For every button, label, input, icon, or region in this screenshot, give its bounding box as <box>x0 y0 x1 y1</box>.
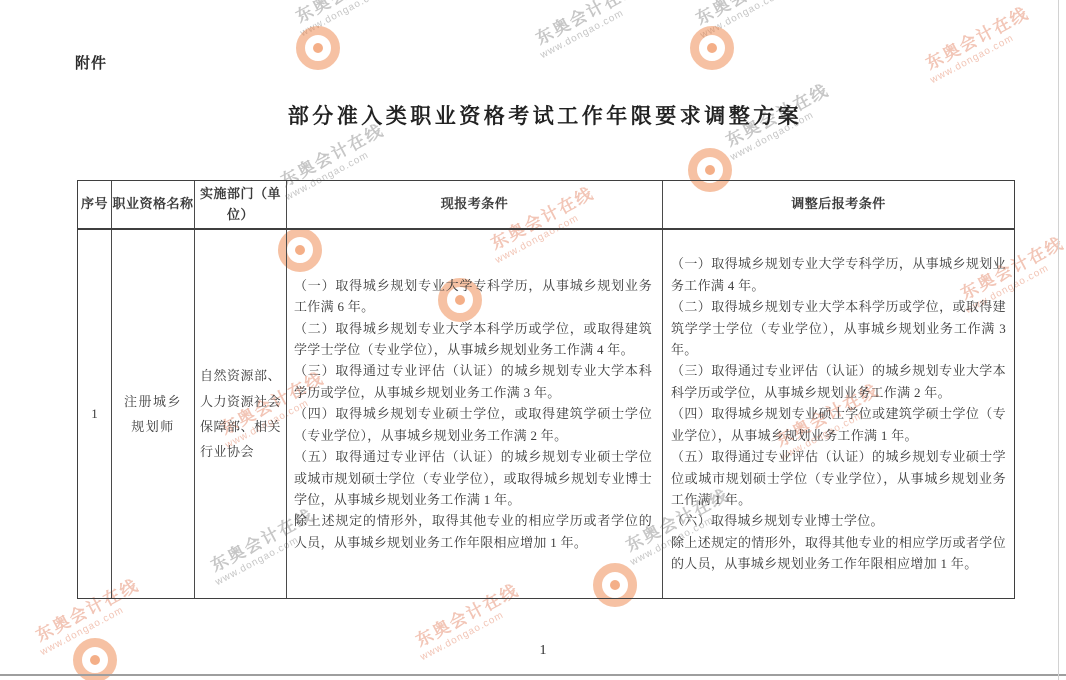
page-right-edge <box>1058 0 1059 680</box>
requirements-table: 序号 职业资格名称 实施部门（单位） 现报考条件 调整后报考条件 1 注册城乡规… <box>77 180 1015 599</box>
condition-item: （二）取得城乡规划专业大学本科学历或学位，或取得建筑学学士学位（专业学位），从事… <box>294 318 652 361</box>
cell-current-conditions: （一）取得城乡规划专业大学专科学历，从事城乡规划业务工作满 6 年。 （二）取得… <box>287 230 663 598</box>
condition-item: 除上述规定的情形外，取得其他专业的相应学历或者学位的人员，从事城乡规划业务工作年… <box>671 532 1006 575</box>
condition-item: （二）取得城乡规划专业大学本科学历或学位，或取得建筑学学士学位（专业学位），从事… <box>671 296 1006 360</box>
condition-item: （一）取得城乡规划专业大学专科学历，从事城乡规划业务工作满 4 年。 <box>671 253 1006 296</box>
condition-item: （一）取得城乡规划专业大学专科学历，从事城乡规划业务工作满 6 年。 <box>294 275 652 318</box>
condition-item: （三）取得通过专业评估（认证）的城乡规划专业大学本科学历或学位，从事城乡规划业务… <box>294 360 652 403</box>
page-bottom-edge <box>0 674 1066 676</box>
attachment-label: 附件 <box>75 52 107 73</box>
page-number: 1 <box>20 643 1066 659</box>
cell-qualification: 注册城乡规划师 <box>112 230 195 598</box>
header-qualification: 职业资格名称 <box>112 181 195 228</box>
header-adjusted-conditions: 调整后报考条件 <box>663 181 1014 228</box>
cell-adjusted-conditions: （一）取得城乡规划专业大学专科学历，从事城乡规划业务工作满 4 年。 （二）取得… <box>663 230 1014 598</box>
department-name: 自然资源部、人力资源社会保障部、相关行业协会 <box>195 363 286 464</box>
condition-item: （五）取得通过专业评估（认证）的城乡规划专业硕士学位或城市规划硕士学位（专业学位… <box>294 446 652 510</box>
table-row: 1 注册城乡规划师 自然资源部、人力资源社会保障部、相关行业协会 （一）取得城乡… <box>78 230 1014 598</box>
header-current-conditions: 现报考条件 <box>287 181 663 228</box>
condition-item: 除上述规定的情形外，取得其他专业的相应学历或者学位的人员，从事城乡规划业务工作年… <box>294 510 652 553</box>
header-no: 序号 <box>78 181 112 228</box>
condition-item: （六）取得城乡规划专业博士学位。 <box>671 510 1006 531</box>
condition-item: （四）取得城乡规划专业硕士学位或建筑学硕士学位（专业学位），从事城乡规划业务工作… <box>671 403 1006 446</box>
cell-department: 自然资源部、人力资源社会保障部、相关行业协会 <box>195 230 287 598</box>
condition-item: （四）取得城乡规划专业硕士学位，或取得建筑学硕士学位（专业学位），从事城乡规划业… <box>294 403 652 446</box>
condition-item: （五）取得通过专业评估（认证）的城乡规划专业硕士学位或城市规划硕士学位（专业学位… <box>671 446 1006 510</box>
cell-no: 1 <box>78 230 112 598</box>
condition-item: （三）取得通过专业评估（认证）的城乡规划专业大学本科学历或学位，从事城乡规划业务… <box>671 360 1006 403</box>
row-number: 1 <box>91 406 98 422</box>
table-header-row: 序号 职业资格名称 实施部门（单位） 现报考条件 调整后报考条件 <box>78 181 1014 230</box>
page-title: 部分准入类职业资格考试工作年限要求调整方案 <box>24 100 1066 130</box>
header-department: 实施部门（单位） <box>195 181 287 228</box>
qualification-name: 注册城乡规划师 <box>123 389 183 440</box>
